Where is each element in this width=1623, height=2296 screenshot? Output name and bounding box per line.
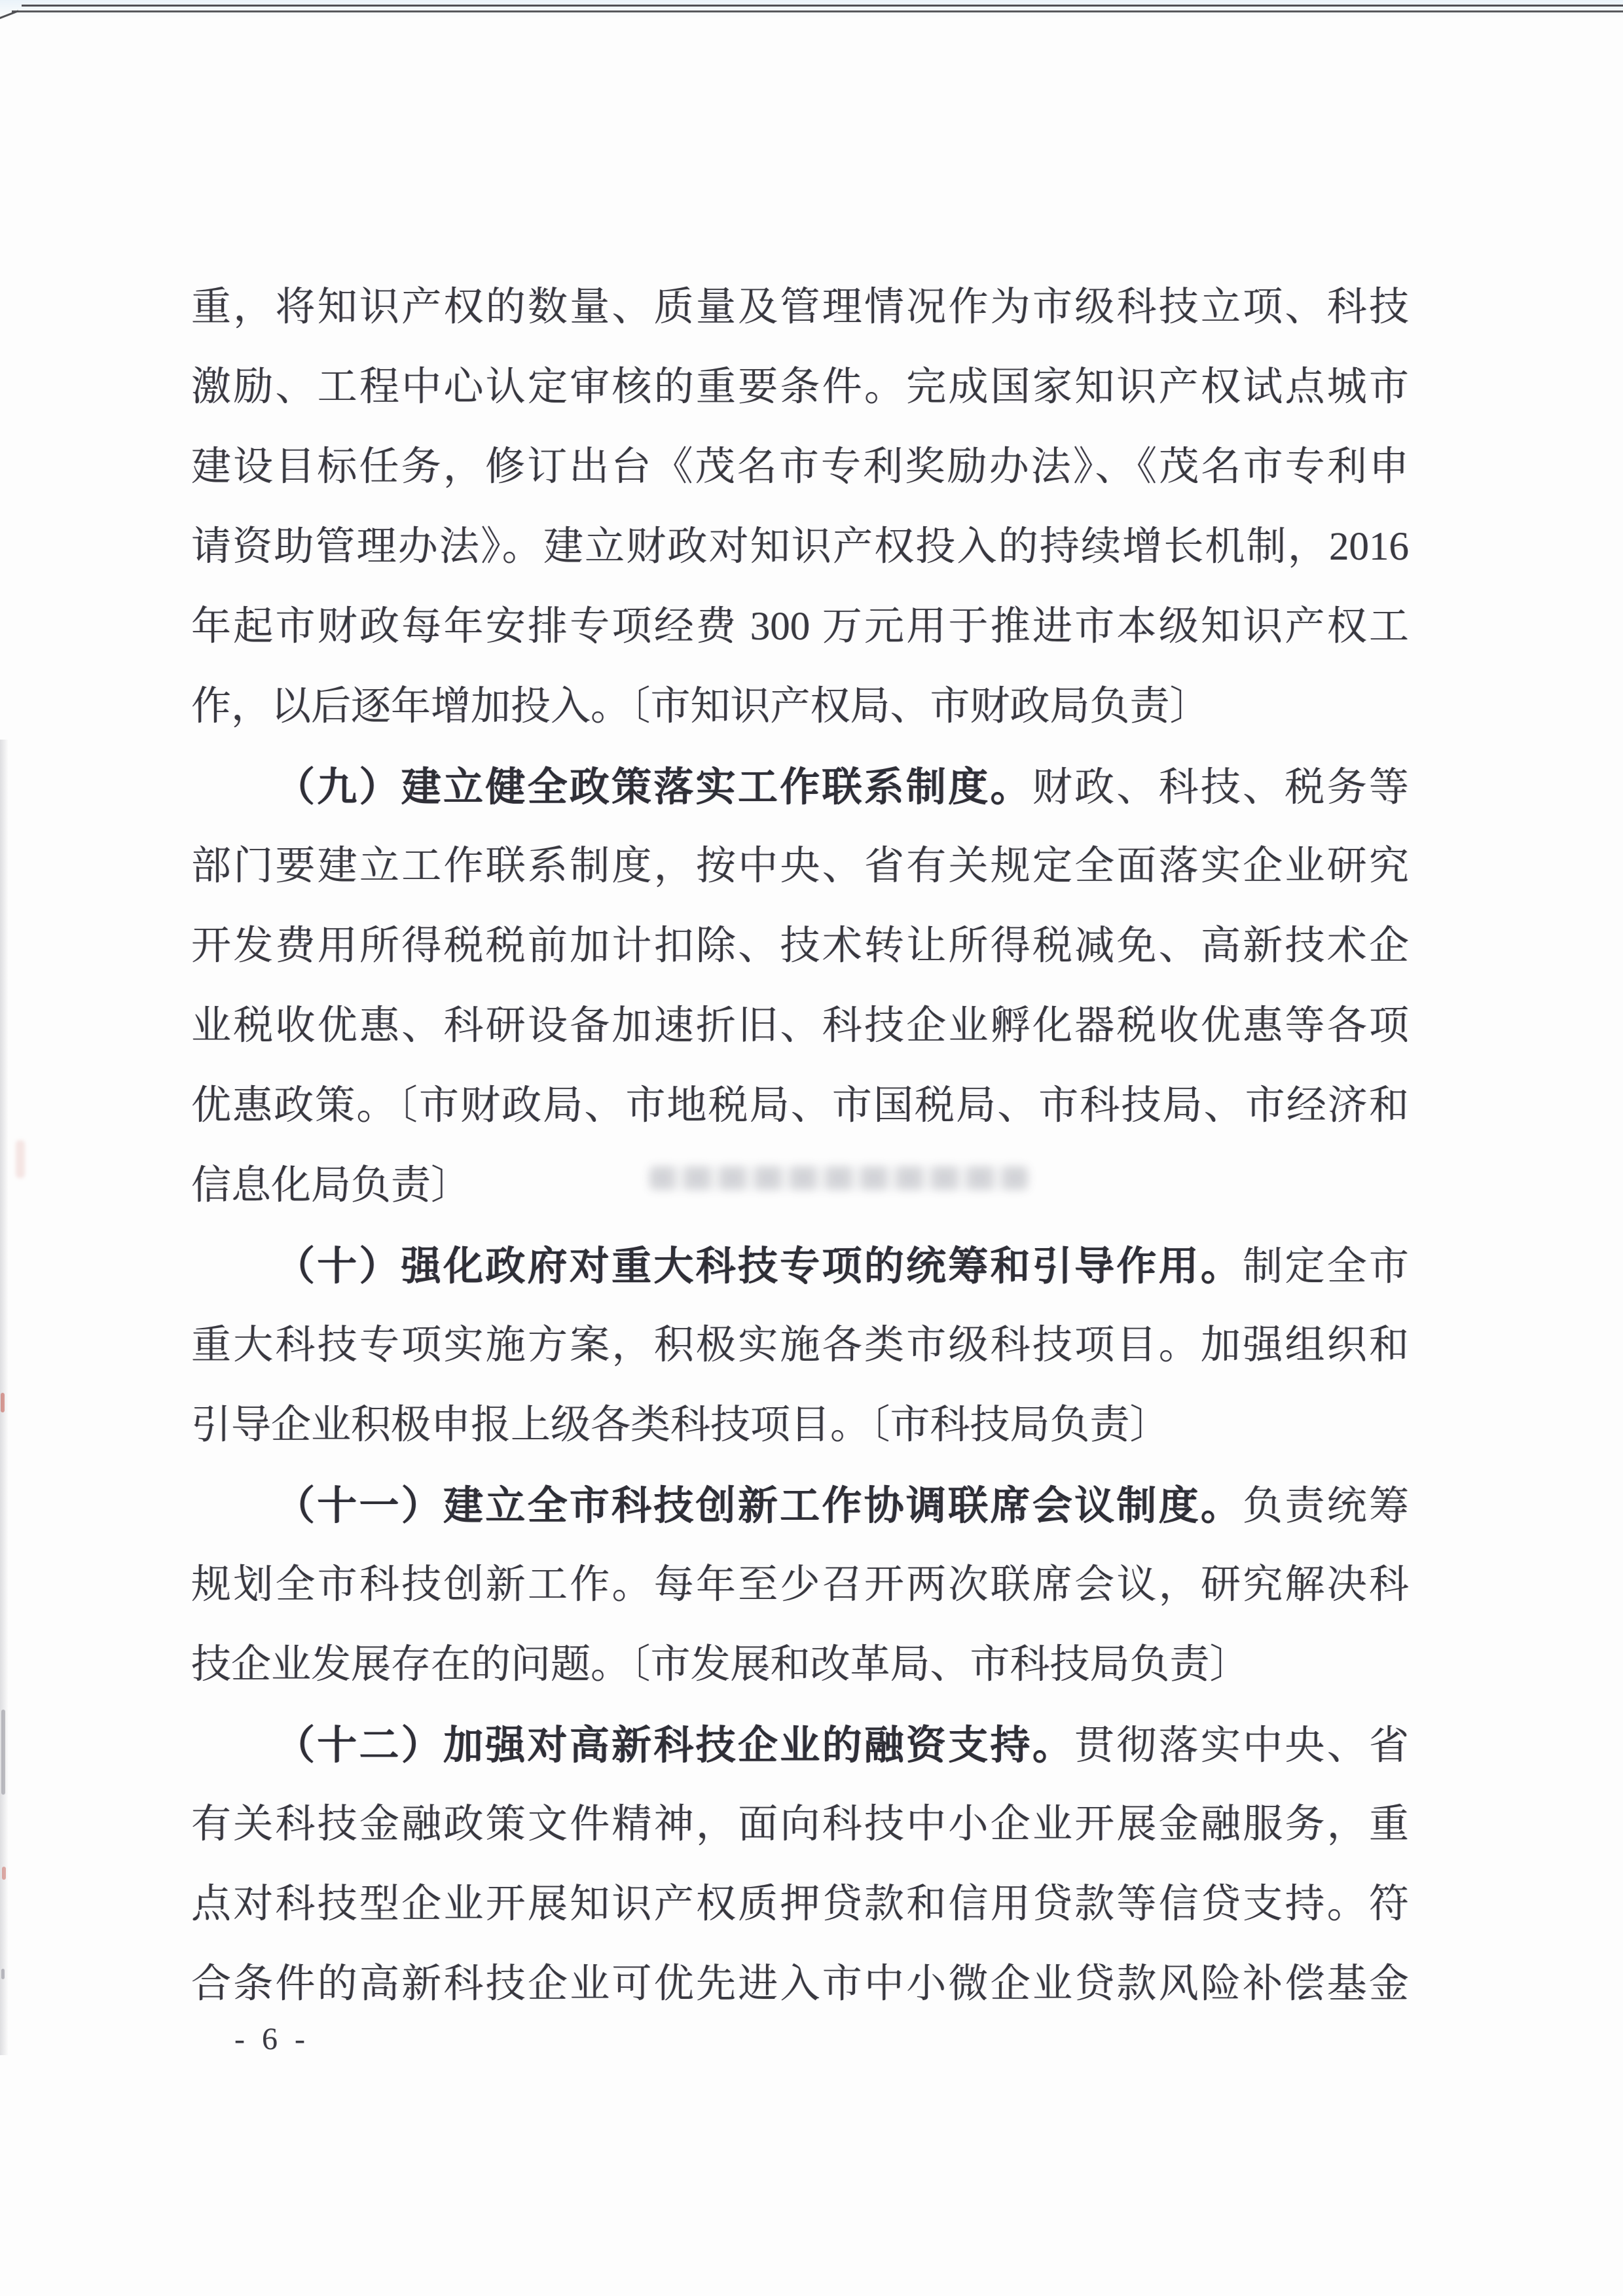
text-line: 部门要建立工作联系制度，按中央、省有关规定全面落实企业研究: [191, 839, 1409, 919]
line-text: 年起市财政每年安排专项经费 300 万元用于推进市本级知识产权工: [191, 605, 1409, 649]
text-line: 引导企业积极申报上级各类科技项目。〔市科技局负责〕: [191, 1398, 1409, 1478]
scanned-document-page: 重，将知识产权的数量、质量及管理情况作为市级科技立项、科技 激励、工程中心认定审…: [0, 0, 1623, 2296]
line-text: 请资助管理办法》。建立财政对知识产权投入的持续增长机制，2016: [191, 525, 1409, 569]
line-text: 合条件的高新科技企业可优先进入市中小微企业贷款风险补偿基金: [191, 1962, 1409, 2006]
text-line: 信息化局负责〕: [191, 1158, 1409, 1238]
line-text: 作，以后逐年增加投入。〔市知识产权局、市财政局负责〕: [191, 685, 1210, 728]
text-line: 技企业发展存在的问题。〔市发展和改革局、市科技局负责〕: [191, 1638, 1409, 1717]
text-line: 重，将知识产权的数量、质量及管理情况作为市级科技立项、科技: [191, 280, 1409, 360]
text-line: 合条件的高新科技企业可优先进入市中小微企业贷款风险补偿基金: [191, 1957, 1409, 2037]
section-heading: （十二）加强对高新科技企业的融资支持。: [275, 1723, 1074, 1767]
text-line: 年起市财政每年安排专项经费 300 万元用于推进市本级知识产权工: [191, 600, 1409, 679]
line-text: 引导企业积极申报上级各类科技项目。〔市科技局负责〕: [191, 1403, 1170, 1447]
text-line: 请资助管理办法》。建立财政对知识产权投入的持续增长机制，2016: [191, 520, 1409, 600]
line-text: 有关科技金融政策文件精神，面向科技中小企业开展金融服务，重: [191, 1803, 1409, 1846]
text-line: （十）强化政府对重大科技专项的统筹和引导作用。制定全市: [191, 1238, 1409, 1318]
line-text: 负责统筹: [1243, 1484, 1409, 1528]
section-heading: （十一）建立全市科技创新工作协调联席会议制度。: [275, 1483, 1243, 1528]
text-line: （十一）建立全市科技创新工作协调联席会议制度。负责统筹: [191, 1478, 1409, 1558]
scan-artifact-top-edge-line: [12, 10, 1623, 12]
line-text: 技企业发展存在的问题。〔市发展和改革局、市科技局负责〕: [191, 1643, 1250, 1687]
line-text: 贯彻落实中央、省: [1074, 1724, 1409, 1768]
line-text: 规划全市科技创新工作。每年至少召开两次联席会议，研究解决科: [191, 1563, 1409, 1607]
text-line: 优惠政策。〔市财政局、市地税局、市国税局、市科技局、市经济和: [191, 1079, 1409, 1158]
line-text: 制定全市: [1243, 1245, 1409, 1289]
line-text: 点对科技型企业开展知识产权质押贷款和信用贷款等信贷支持。符: [191, 1882, 1409, 1926]
scan-artifact-top-tint: [0, 0, 1623, 18]
scan-artifact-pink-smudge: [16, 1140, 25, 1178]
section-heading: （十）强化政府对重大科技专项的统筹和引导作用。: [275, 1244, 1243, 1288]
text-line: 建设目标任务，修订出台《茂名市专利奖励办法》、《茂名市专利申: [191, 440, 1409, 520]
text-line: （九）建立健全政策落实工作联系制度。财政、科技、税务等: [191, 759, 1409, 839]
scan-artifact-left-dash: [1, 1710, 5, 1795]
section-heading: （九）建立健全政策落实工作联系制度。: [275, 764, 1032, 809]
text-line: 规划全市科技创新工作。每年至少召开两次联席会议，研究解决科: [191, 1558, 1409, 1638]
text-line: 作，以后逐年增加投入。〔市知识产权局、市财政局负责〕: [191, 679, 1409, 759]
scan-artifact-red-speck: [2, 1867, 6, 1880]
line-text: 优惠政策。〔市财政局、市地税局、市国税局、市科技局、市经济和: [191, 1084, 1409, 1128]
scan-artifact-top-edge-corner: [0, 10, 18, 19]
text-line: 有关科技金融政策文件精神，面向科技中小企业开展金融服务，重: [191, 1797, 1409, 1877]
line-text: 部门要建立工作联系制度，按中央、省有关规定全面落实企业研究: [191, 844, 1409, 888]
line-text: 激励、工程中心认定审核的重要条件。完成国家知识产权试点城市: [191, 365, 1409, 409]
text-line: 开发费用所得税税前加计扣除、技术转让所得税减免、高新技术企: [191, 919, 1409, 999]
page-number: - 6 -: [234, 2021, 310, 2057]
scan-artifact-top-edge-line: [22, 5, 1623, 7]
text-line: （十二）加强对高新科技企业的融资支持。贯彻落实中央、省: [191, 1717, 1409, 1797]
scan-artifact-left-streak: [0, 740, 9, 2055]
line-text: 业税收优惠、科研设备加速折旧、科技企业孵化器税收优惠等各项: [191, 1004, 1409, 1048]
text-line: 激励、工程中心认定审核的重要条件。完成国家知识产权试点城市: [191, 360, 1409, 440]
text-line: 重大科技专项实施方案，积极实施各类市级科技项目。加强组织和: [191, 1318, 1409, 1398]
line-text: 建设目标任务，修订出台《茂名市专利奖励办法》、《茂名市专利申: [191, 445, 1409, 489]
line-text: 开发费用所得税税前加计扣除、技术转让所得税减免、高新技术企: [191, 924, 1409, 968]
line-text: 财政、科技、税务等: [1032, 766, 1409, 810]
text-line: 点对科技型企业开展知识产权质押贷款和信用贷款等信贷支持。符: [191, 1877, 1409, 1957]
scan-artifact-gray-speck: [1, 1969, 5, 1979]
document-body: 重，将知识产权的数量、质量及管理情况作为市级科技立项、科技 激励、工程中心认定审…: [191, 280, 1409, 2037]
text-line: 业税收优惠、科研设备加速折旧、科技企业孵化器税收优惠等各项: [191, 999, 1409, 1079]
line-text: 信息化局负责〕: [191, 1164, 471, 1208]
line-text: 重，将知识产权的数量、质量及管理情况作为市级科技立项、科技: [191, 285, 1409, 329]
scan-artifact-red-speck: [1, 1393, 5, 1412]
line-text: 重大科技专项实施方案，积极实施各类市级科技项目。加强组织和: [191, 1323, 1409, 1367]
